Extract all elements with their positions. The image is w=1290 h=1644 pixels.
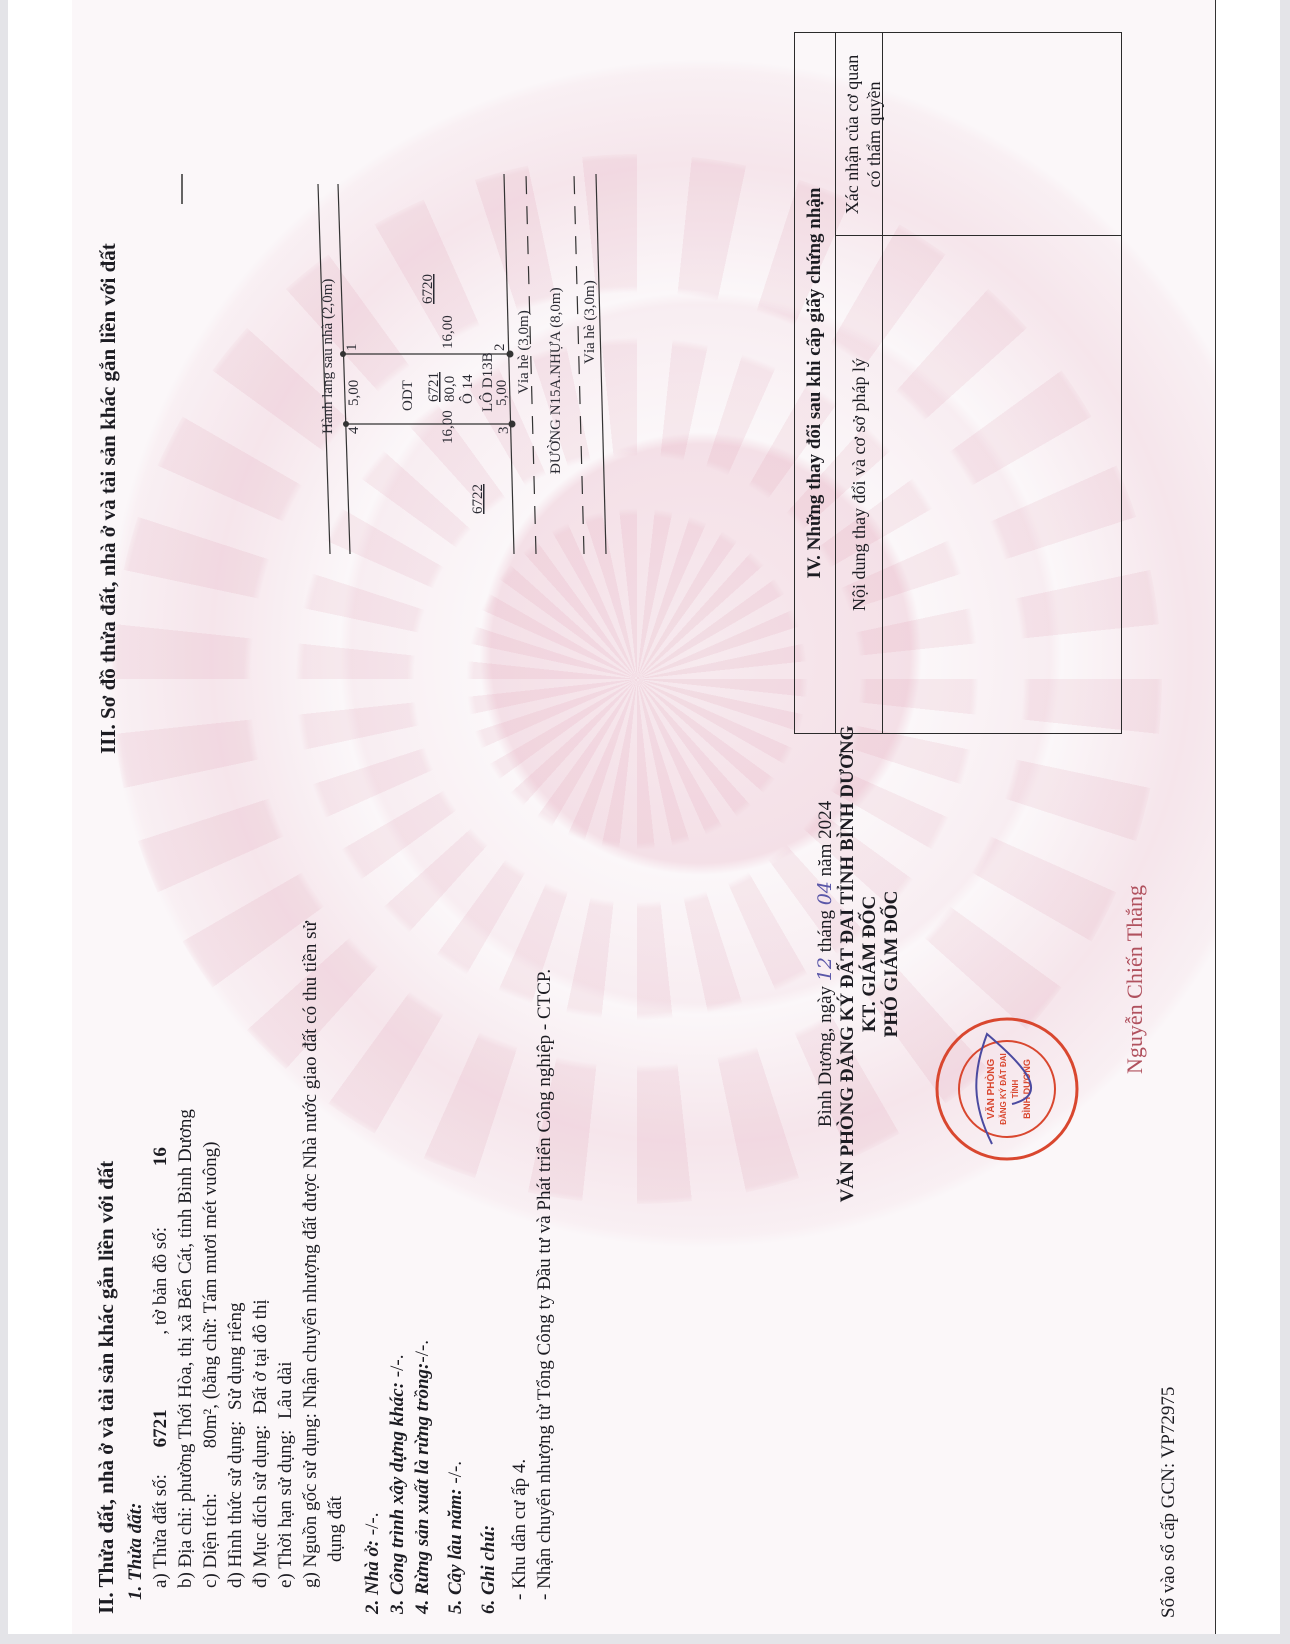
- address-row: b) Địa chỉ: phường Thới Hòa, thị xã Bến …: [173, 921, 198, 1614]
- svg-text:6722: 6722: [470, 484, 486, 514]
- section-iv-title: IV. Những thay đổi sau khi cấp giấy chứn…: [795, 33, 836, 733]
- registry-number: Số vào sổ cấp GCN: VP72975: [1158, 1387, 1180, 1618]
- area-value: 80m²: [200, 1409, 221, 1448]
- date-day: 12: [814, 957, 836, 981]
- svg-text:ĐĂNG KÝ ĐẤT ĐAI: ĐĂNG KÝ ĐẤT ĐAI: [998, 1053, 1008, 1125]
- note-item: - Khu dân cư ấp 4.: [507, 921, 532, 1614]
- svg-text:80,0: 80,0: [442, 376, 458, 402]
- note-item: - Nhận chuyển nhượng từ Tổng Công ty Đầu…: [532, 921, 557, 1614]
- parcel-diagram: Hành lang sau nhà (2,0m) 4 1 5,00 5,00 3…: [322, 174, 622, 554]
- svg-text:ODT: ODT: [400, 380, 416, 411]
- svg-text:Ô 14: Ô 14: [459, 374, 476, 404]
- svg-text:TỈNH: TỈNH: [1011, 1079, 1020, 1098]
- changes-table: IV. Những thay đổi sau khi cấp giấy chứn…: [794, 32, 1122, 734]
- parcel-number: 6721: [150, 1409, 171, 1447]
- official-seal-icon: VĂN PHÒNG ĐĂNG KÝ ĐẤT ĐAI TỈNH BÌNH DƯƠN…: [932, 1014, 1082, 1164]
- certificate-page: II. Thửa đất, nhà ở và tài sản khác gắn …: [72, 0, 1216, 1634]
- svg-text:6720: 6720: [420, 274, 436, 304]
- svg-text:6721: 6721: [426, 372, 442, 402]
- notes-heading: 6. Ghi chú:: [476, 921, 501, 1614]
- section-ii: II. Thửa đất, nhà ở và tài sản khác gắn …: [94, 921, 557, 1614]
- origin-row-cont: dụng đất: [323, 921, 348, 1614]
- address-value: phường Thới Hòa, thị xã Bến Cát, tỉnh Bì…: [175, 1109, 196, 1502]
- date-month: 04: [814, 881, 836, 905]
- registry-number-value: VP72975: [1158, 1387, 1179, 1459]
- section-iii-title: III. Sơ đồ thửa đất, nhà ở và tài sản kh…: [96, 243, 121, 754]
- usage-form-row: d) Hình thức sử dụng: Sử dụng riêng: [223, 921, 248, 1614]
- perennial-row: 5. Cây lâu năm: -/-.: [443, 921, 468, 1614]
- signer-role-1: KT. GIÁM ĐỐC: [859, 654, 881, 1274]
- changes-column: Nội dung thay đổi và cơ sở pháp lý: [835, 235, 1121, 733]
- svg-text:16,00: 16,00: [440, 410, 456, 444]
- signer-role-2: PHÓ GIÁM ĐỐC: [881, 654, 903, 1274]
- purpose-row: đ) Mục đích sử dụng: Đất ở tại đô thị: [248, 921, 273, 1614]
- svg-text:3: 3: [496, 427, 512, 435]
- viewer-gutter-left: [0, 0, 8, 1644]
- svg-text:VĂN PHÒNG: VĂN PHÒNG: [984, 1058, 997, 1119]
- svg-text:Vỉa hè (3,0m): Vỉa hè (3,0m): [516, 310, 532, 394]
- svg-text:1: 1: [344, 344, 360, 352]
- authority-column-header: Xác nhận của cơ quan có thẩm quyền: [835, 33, 883, 236]
- svg-text:ĐƯỜNG N15A.NHỰA (8,0m): ĐƯỜNG N15A.NHỰA (8,0m): [547, 287, 564, 474]
- viewer-gutter-right: [1280, 0, 1290, 1644]
- svg-text:2: 2: [492, 344, 508, 352]
- svg-text:5,00: 5,00: [346, 380, 362, 406]
- construction-row: 3. Công trình xây dựng khác: -/-.: [385, 921, 410, 1614]
- area-row: c) Diện tích: 80m², (bằng chữ: Tám mươi …: [198, 921, 223, 1614]
- place-date: Bình Dương, ngày 12 tháng 04 năm 2024: [814, 654, 837, 1274]
- house-row: 2. Nhà ở: -/-.: [360, 921, 385, 1614]
- origin-row: g) Nguồn gốc sử dụng: Nhận chuyển nhượng…: [298, 921, 323, 1614]
- term-row: e) Thời hạn sử dụng: Lâu dài: [273, 921, 298, 1614]
- svg-text:Hành lang sau nhà (2,0m): Hành lang sau nhà (2,0m): [320, 279, 336, 434]
- signer-name: Nguyễn Chiến Thắng: [1122, 885, 1148, 1074]
- forest-row: 4. Rừng sản xuất là rừng trồng:-/-.: [410, 921, 435, 1614]
- svg-text:5,00: 5,00: [494, 380, 510, 406]
- land-heading: 1. Thửa đất:: [123, 921, 148, 1614]
- authority-column: Xác nhận của cơ quan có thẩm quyền: [835, 33, 1121, 236]
- viewer-gutter-bottom: [0, 1634, 1290, 1644]
- issuing-office: VĂN PHÒNG ĐĂNG KÝ ĐẤT ĐAI TỈNH BÌNH DƯƠN…: [837, 654, 859, 1274]
- parcel-diagram-svg: Hành lang sau nhà (2,0m) 4 1 5,00 5,00 3…: [322, 174, 622, 554]
- section-ii-title: II. Thửa đất, nhà ở và tài sản khác gắn …: [94, 921, 119, 1614]
- svg-text:16,00: 16,00: [440, 315, 456, 349]
- signature-block: Bình Dương, ngày 12 tháng 04 năm 2024 VĂ…: [814, 654, 903, 1274]
- svg-text:4: 4: [346, 426, 362, 434]
- svg-text:Vỉa hè (3,0m): Vỉa hè (3,0m): [582, 280, 598, 364]
- map-sheet-number: 16: [150, 1147, 171, 1166]
- parcel-number-row: a) Thửa đất số: 6721 , tờ bản đồ số: 16: [148, 921, 173, 1614]
- svg-text:LÔ D13B: LÔ D13B: [479, 352, 496, 412]
- changes-column-header: Nội dung thay đổi và cơ sở pháp lý: [835, 236, 883, 733]
